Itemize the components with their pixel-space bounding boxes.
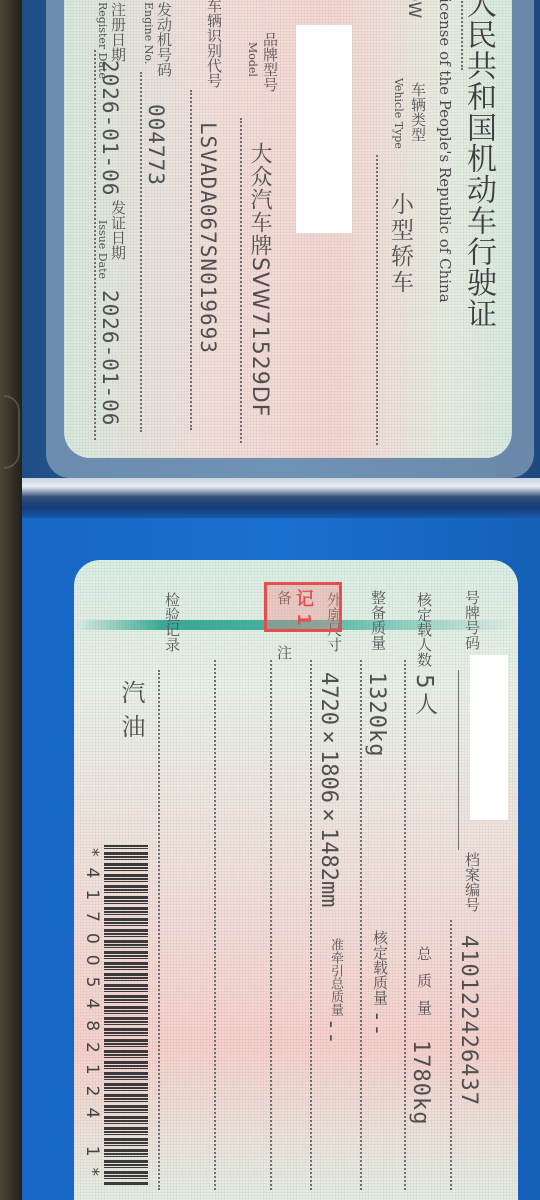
curb-mass-value: 1320kg (364, 672, 389, 757)
vin-label: 车辆识别代号 (204, 0, 225, 88)
rated-load-value: -- (366, 1010, 390, 1037)
passengers-label: 核定载人数 (414, 592, 435, 667)
rated-load-label: 核定载质量 (370, 930, 391, 1005)
total-mass-value: 1780kg (408, 1040, 433, 1125)
partial-top-text: ƏW (404, 0, 424, 18)
curb-mass-label: 整备质量 (368, 590, 389, 650)
inspection-record-label: 检验记录 (162, 592, 183, 652)
redacted-plate-number (470, 655, 508, 820)
barcode-number: *417005482124 1* (82, 848, 102, 1187)
issue-date-label: 发证日期 (108, 200, 129, 260)
towing-mass-value: -- (320, 1018, 344, 1045)
plate-number-label: 号牌号码 (462, 590, 483, 650)
issue-date-value: 2026-01-06 (98, 290, 122, 426)
license-front-card: 人民共和国机动车行驶证 icense of the People's Repub… (64, 0, 512, 458)
vehicle-type-label-en: Vehicle Type (392, 78, 405, 149)
redacted-owner (296, 25, 352, 233)
file-number-label: 档案编号 (462, 852, 483, 912)
model-value: 大众汽车牌SVW71529DF (244, 142, 275, 417)
dimensions-value: 4720×1806×1482mm (316, 672, 341, 907)
barcode (104, 845, 148, 1185)
model-label-en: Model (246, 42, 259, 77)
vin-value: LSVADA067SN019693 (196, 122, 220, 354)
holder-fold (22, 478, 540, 520)
passengers-value: 5人 (408, 674, 441, 718)
vehicle-type-value: 小型轿车 (384, 192, 417, 296)
model-label: 品牌型号 (260, 32, 281, 92)
issue-date-label-en: Issue Date (96, 220, 109, 279)
engine-no-label: 发动机号码 (154, 2, 175, 77)
register-date-value: 2026-01-06 (98, 60, 122, 196)
total-mass-label: 总质量 (414, 946, 435, 1027)
engine-no-label-en: Engine No. (142, 2, 155, 64)
red-seal-stamp: 记 1 (264, 582, 342, 632)
file-number-value: 410122426437 (456, 935, 481, 1106)
vehicle-type-label: 车辆类型 (408, 82, 429, 142)
license-title-english: icense of the People's Republic of China (436, 0, 454, 303)
register-date-label: 注册日期 (108, 2, 129, 62)
towing-mass-label: 准牵引总质量 (326, 938, 345, 1016)
engine-no-value: 004773 (144, 104, 168, 186)
fuel-type-value: 汽油 (114, 680, 149, 748)
